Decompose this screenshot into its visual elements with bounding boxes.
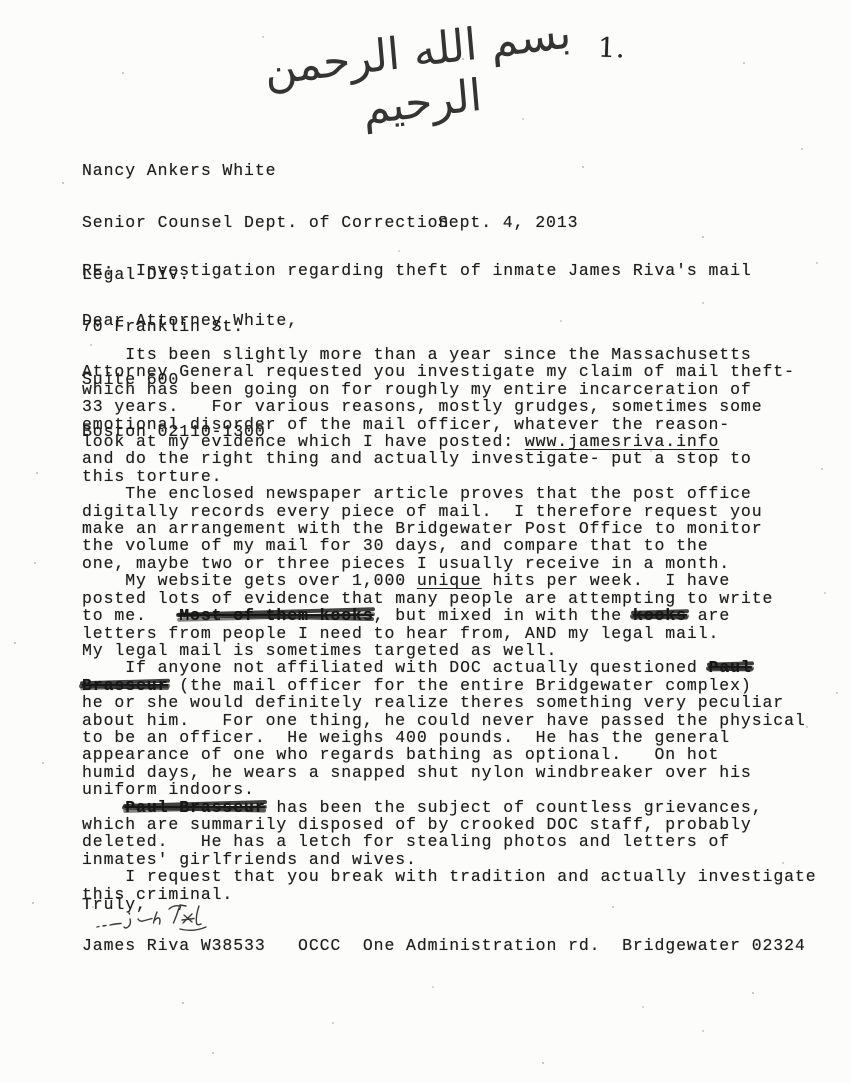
body-text: (the mail officer for the entire Bridgew…: [82, 676, 806, 799]
scanned-letter-page: بسم الله الرحمن الرحيم 1. Nancy Ankers W…: [0, 0, 850, 1083]
redacted-text: Paul Brasseur: [125, 798, 265, 817]
body-text: [82, 798, 125, 817]
body-paragraph: Its been slightly more than a year since…: [82, 346, 846, 485]
signer-line: James Riva W38533 OCCC One Administratio…: [82, 937, 806, 954]
subject-line: RE: Investigation regarding theft of inm…: [82, 262, 752, 279]
redacted-text: kooks: [633, 606, 687, 625]
recipient-line: Nancy Ankers White: [82, 162, 449, 179]
body-text: , but mixed in with the: [374, 606, 633, 625]
underlined-text: www.jamesriva.info: [525, 432, 719, 451]
letter-body: Its been slightly more than a year since…: [82, 346, 846, 903]
body-paragraph: My website gets over 1,000 unique hits p…: [82, 572, 846, 659]
redacted-text: Brasseur: [82, 676, 168, 695]
body-text: My website gets over 1,000: [82, 571, 417, 590]
body-paragraph: Paul Brasseur has been the subject of co…: [82, 799, 846, 903]
body-text: and do the right thing and actually inve…: [82, 449, 752, 485]
recipient-line: Senior Counsel Dept. of Correction: [82, 214, 449, 231]
scan-speckles: [0, 0, 2, 2]
redacted-text: Most of them kooks: [179, 606, 373, 625]
letter-date: Sept. 4, 2013: [438, 214, 578, 231]
redacted-text: Paul: [709, 658, 752, 677]
body-text: The enclosed newspaper article proves th…: [82, 484, 763, 573]
body-paragraph: If anyone not affiliated with DOC actual…: [82, 659, 846, 798]
salutation: Dear Attorney White,: [82, 312, 298, 329]
handwritten-page-number: 1.: [598, 40, 626, 58]
underlined-text: unique: [417, 571, 482, 590]
body-text: If anyone not affiliated with DOC actual…: [82, 658, 709, 677]
body-paragraph: The enclosed newspaper article proves th…: [82, 485, 846, 572]
